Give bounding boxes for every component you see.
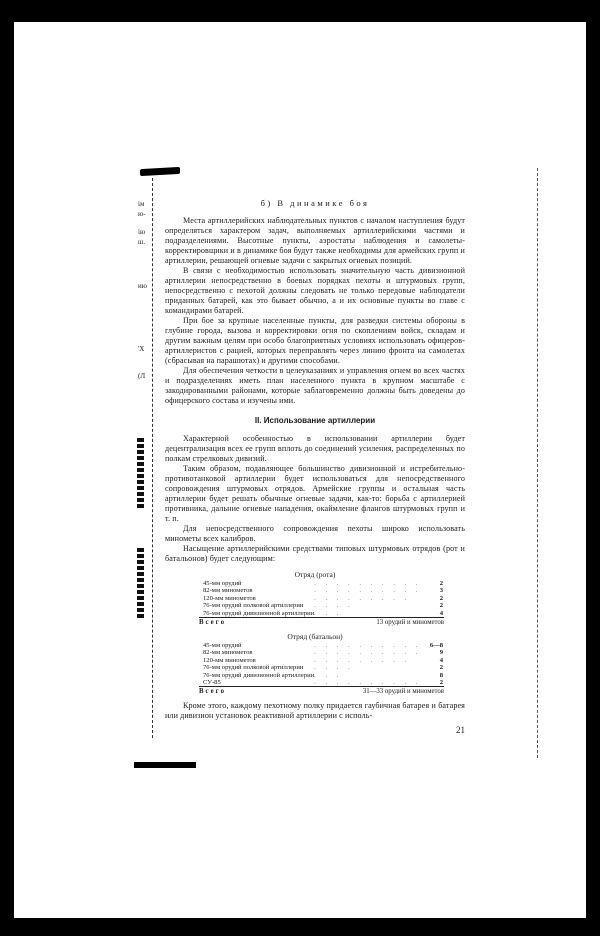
scan-artifact-bottom — [134, 762, 196, 768]
right-margin-rule — [537, 168, 539, 758]
document-body: б) В динамике боя Места артиллерийских н… — [165, 168, 465, 735]
section-title: II. Использование артиллерии — [165, 416, 465, 425]
table-row: 45-мм орудий. . . . . . . . . .6—8 — [203, 642, 443, 649]
battalion-total: Всего 31—33 орудий и минометов — [199, 686, 444, 695]
battalion-table: 45-мм орудий. . . . . . . . . .6—8 82-мм… — [203, 642, 443, 686]
table-row: 76-мм орудий дивизионной артиллерии. . .… — [203, 672, 443, 679]
margin-fragment: (Л — [138, 372, 145, 380]
total-value: 31—33 орудий и минометов — [363, 688, 444, 695]
table-row: СУ-85. . . . . . . . . . . .2 — [203, 679, 443, 686]
paragraph: Характерной особенностью в использовании… — [165, 434, 465, 464]
margin-fragment: ш. — [138, 238, 145, 246]
closing-paragraph: Кроме этого, каждому пехотному полку при… — [165, 701, 465, 721]
margin-fragment: 'Х — [138, 345, 144, 353]
page-number: 21 — [165, 725, 465, 735]
table-row: 76-мм орудий дивизионной артиллерии. . .… — [203, 610, 443, 617]
table-row: 82-мм минометов. . . . . . . . . .9 — [203, 649, 443, 656]
table-row: 120-мм минометов. . . . . . . . .4 — [203, 657, 443, 664]
paragraph: Для непосредственного сопровождения пехо… — [165, 524, 465, 544]
battalion-table-title: Отряд (батальон) — [165, 632, 465, 641]
total-label: Всего — [199, 688, 226, 695]
margin-fragment-strip — [137, 548, 144, 618]
margin-fragment: ю- — [138, 210, 146, 218]
margin-fragment: ию — [138, 282, 147, 290]
paragraph: В связи с необходимостью использовать зн… — [165, 266, 465, 316]
table-row: 120-мм минометов. . . . . . . . .2 — [203, 595, 443, 602]
paragraph: При бое за крупные населенные пункты, дл… — [165, 316, 465, 366]
margin-fragment-strip — [137, 438, 144, 508]
table-row: 76-мм орудий полковой артиллерии. . . .2 — [203, 664, 443, 671]
company-total: Всего 13 орудий и минометов — [199, 617, 444, 626]
table-row: 76-мм орудий полковой артиллерии. . . .2 — [203, 602, 443, 609]
margin-fragment: ію — [138, 228, 145, 236]
total-value: 13 орудий и минометов — [376, 619, 444, 626]
paragraph: Насыщение артиллерийскими средствами тип… — [165, 544, 465, 564]
section-heading: б) В динамике боя — [165, 198, 465, 208]
paragraph: Таким образом, подавляющее большинство д… — [165, 464, 465, 524]
margin-fragment: ім — [138, 200, 144, 208]
left-margin-rule — [152, 178, 154, 738]
paragraph: Места артиллерийских наблюдательных пунк… — [165, 216, 465, 266]
table-row: 82-мм минометов. . . . . . . . . .3 — [203, 587, 443, 594]
table-row: 45-мм орудий. . . . . . . . . .2 — [203, 580, 443, 587]
total-label: Всего — [199, 619, 226, 626]
company-table-title: Отряд (рота) — [165, 570, 465, 579]
paragraph: Для обеспечения четкости в целеуказаниях… — [165, 366, 465, 406]
company-table: 45-мм орудий. . . . . . . . . .2 82-мм м… — [203, 580, 443, 617]
